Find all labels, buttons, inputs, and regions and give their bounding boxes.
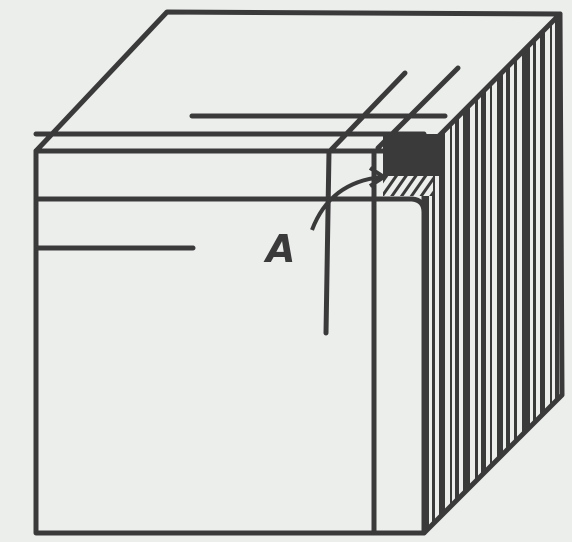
dark-corner-block: [383, 134, 445, 176]
hatched-strip: [383, 176, 433, 196]
label-point-A: A: [263, 227, 295, 271]
inner-vertical-line: [326, 151, 329, 333]
inner-rounded-corner: [374, 199, 424, 212]
front-face: [36, 151, 424, 533]
cube-diagram: A: [0, 0, 572, 542]
